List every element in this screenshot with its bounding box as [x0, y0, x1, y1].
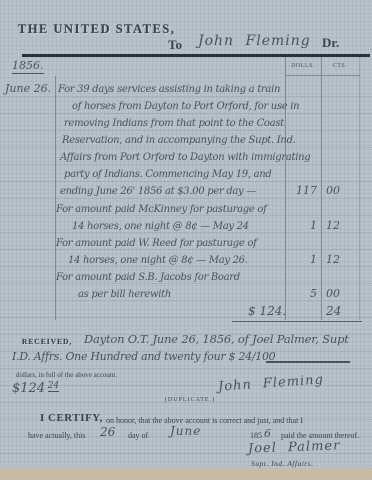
dollars-column-rule	[285, 57, 286, 320]
scan-bottom-edge	[0, 468, 372, 480]
amount-cents: 00	[326, 184, 340, 197]
ledger-line: Reservation, and in accompanying the Sup…	[62, 135, 296, 146]
amount-cents: 12	[326, 219, 340, 232]
to-label: To	[168, 37, 182, 53]
ledger-line: removing Indians from that point to the …	[64, 118, 284, 129]
total-underline	[232, 321, 362, 322]
ledger-line: For amount paid W. Reed for pasturage of	[56, 238, 257, 249]
amount-dollars: 1	[287, 219, 317, 232]
entry-year: 1856.	[12, 59, 44, 74]
cents-column-header: CTS.	[322, 63, 358, 69]
ledger-line: For 39 days services assisting in taking…	[58, 84, 280, 95]
amount-cents: 12	[326, 253, 340, 266]
payer-title: THE UNITED STATES,	[18, 22, 175, 37]
right-column-rule	[359, 57, 360, 320]
ledger-line: For amount paid S.B. Jacobs for Board	[56, 272, 240, 283]
certify-line2-part1: have actually, this	[28, 431, 85, 440]
receipt-amount-figures: $124 24	[12, 381, 59, 396]
received-label: RECEIVED,	[22, 337, 72, 346]
ledger-paper: THE UNITED STATES, To John Fleming Dr. D…	[0, 0, 372, 470]
amount-dollars: 1	[287, 253, 317, 266]
certify-year-printed: 185	[250, 431, 262, 440]
certify-line2-part2: day of	[128, 431, 148, 440]
dollars-column-header: DOLLS.	[286, 63, 320, 69]
ledger-line: 14 horses, one night @ 8¢ — May 24	[72, 221, 249, 232]
certify-year-script: 6	[264, 427, 271, 440]
certify-label: I CERTIFY,	[40, 412, 103, 424]
amount-dollars: 117	[287, 184, 317, 197]
ledger-line: as per bill herewith	[78, 289, 171, 300]
total-dollars: $ 124.	[248, 304, 286, 318]
ledger-line: Affairs from Port Orford to Dayton with …	[60, 152, 310, 163]
fill-line	[266, 361, 350, 363]
certify-line1: on honor, that the above account is corr…	[106, 416, 303, 425]
column-header-underline	[285, 75, 360, 76]
ledger-line: 14 horses, one night @ 8¢ — May 26.	[68, 255, 248, 266]
payee-name: John Fleming	[198, 33, 311, 49]
ledger-line: party of Indians. Commencing May 19, and	[64, 169, 272, 180]
scanned-voucher-document: THE UNITED STATES, To John Fleming Dr. D…	[0, 0, 372, 480]
date-column-rule	[55, 76, 56, 320]
entry-date: June 26.	[5, 82, 51, 95]
ledger-line: For amount paid McKinney for pasturage o…	[56, 204, 267, 215]
certify-day-script: 26	[100, 425, 115, 439]
amount-dollars: 5	[287, 287, 317, 300]
receipt-amount-fraction: 24	[48, 381, 59, 392]
header-rule	[22, 54, 370, 57]
receipt-amount-words: I.D. Affrs. One Hundred and twenty four …	[12, 350, 275, 363]
receipt-place-date-payer: Dayton O.T. June 26, 1856, of Joel Palme…	[84, 332, 349, 346]
ledger-line: ending June 26' 1856 at $3.00 per day —	[60, 186, 256, 197]
certifier-signature: Joel Palmer	[248, 438, 341, 456]
certify-month-script: June	[170, 424, 201, 438]
amount-cents: 00	[326, 287, 340, 300]
certifier-title: Supt. Ind. Affairs.	[251, 459, 314, 468]
cents-column-rule	[321, 57, 322, 320]
payee-signature: John Fleming	[218, 372, 325, 394]
receipt-printed-terms: dollars, in full of the above account.	[16, 371, 117, 379]
ledger-line: of horses from Dayton to Port Orford, fo…	[72, 101, 299, 112]
dr-label: Dr.	[322, 35, 339, 51]
duplicate-label: (DUPLICATE.)	[148, 397, 232, 403]
total-cents: 24	[326, 304, 341, 318]
receipt-amount-main: $124	[12, 381, 45, 396]
